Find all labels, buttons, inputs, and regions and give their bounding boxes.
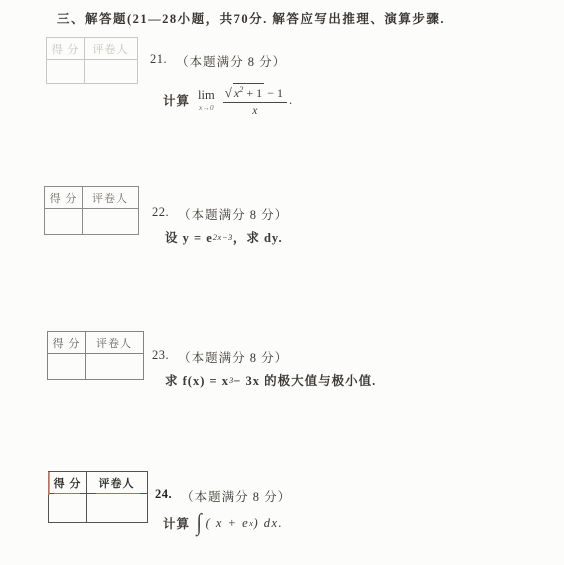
fraction: √ x2 + 1 − 1 x (223, 83, 287, 118)
numerator-tail: − 1 (267, 87, 283, 99)
score-panel-header: 得 分 评卷人 (48, 332, 143, 353)
grader-cell: 评卷人 (82, 187, 138, 208)
score-cell: 得 分 (47, 38, 84, 59)
formula-lead: 求 f(x) = x (165, 371, 229, 389)
score-panel-header: 得 分 评卷人 (49, 472, 147, 493)
integrand-open: ( x + e (206, 516, 250, 531)
question-24-header: 24. （本题满分 8 分） (155, 487, 291, 505)
question-22-formula: 设 y = e2x−3，求 dy. (165, 228, 283, 246)
grader-label: 评卷人 (92, 190, 128, 206)
score-panel-q24: 得 分 评卷人 (48, 471, 148, 523)
formula-verb: 计算 (163, 91, 190, 109)
limit-operator: lim x→0 (198, 89, 215, 111)
formula-period: . (289, 93, 292, 108)
score-panel-rule (47, 59, 137, 60)
fraction-denominator: x (252, 103, 257, 118)
score-panel-rule (45, 208, 138, 209)
exponent: 2x−3 (213, 232, 233, 242)
grader-cell: 评卷人 (86, 472, 147, 493)
score-cell: 得 分 (48, 332, 85, 353)
question-21-formula: 计算 lim x→0 √ x2 + 1 − 1 x . (163, 82, 292, 118)
score-panel-q22: 得 分 评卷人 (44, 186, 139, 235)
score-cell: 得 分 (49, 472, 86, 493)
score-panel-q23: 得 分 评卷人 (47, 331, 144, 380)
question-score-note: （本题满分 8 分） (181, 487, 291, 505)
score-panel-q21: 得 分 评卷人 (46, 37, 138, 84)
score-cell: 得 分 (45, 187, 82, 208)
score-panel-header: 得 分 评卷人 (45, 187, 138, 208)
formula-verb: 计算 (163, 514, 190, 532)
integral-sign-icon: ∫ (197, 510, 202, 537)
formula-tail: − 3x 的极大值与极小值. (233, 371, 376, 389)
question-21-header: 21. （本题满分 8 分） (150, 52, 286, 70)
red-pen-underline (96, 493, 140, 494)
red-pen-underline (54, 493, 80, 494)
score-label: 得 分 (50, 190, 78, 206)
question-number: 21. (150, 52, 167, 70)
question-22-header: 22. （本题满分 8 分） (152, 205, 288, 223)
fraction-numerator: √ x2 + 1 − 1 (223, 83, 287, 103)
grader-label: 评卷人 (96, 335, 132, 351)
score-label: 得 分 (54, 475, 82, 491)
question-number: 22. (152, 205, 169, 223)
grader-cell: 评卷人 (84, 38, 137, 59)
question-score-note: （本题满分 8 分） (178, 348, 288, 366)
score-panel-header: 得 分 评卷人 (47, 38, 137, 59)
score-label: 得 分 (53, 335, 81, 351)
question-24-formula: 计算 ∫ ( x + ex ) dx. (163, 508, 283, 538)
radical-sign-icon: √ (225, 86, 232, 99)
radicand: x2 + 1 (233, 83, 264, 99)
grader-label: 评卷人 (99, 475, 135, 491)
question-number: 23. (152, 348, 169, 366)
integrand-close: ) dx. (253, 516, 283, 531)
grader-cell: 评卷人 (85, 332, 143, 353)
formula-lead: 设 y = e (165, 228, 213, 246)
score-panel-rule (48, 353, 143, 354)
question-score-note: （本题满分 8 分） (176, 52, 286, 70)
question-23-header: 23. （本题满分 8 分） (152, 348, 288, 366)
radicand-rest: + 1 (243, 86, 262, 100)
formula-tail: ，求 dy. (233, 228, 283, 246)
section-title: 三、解答题(21—28小题，共70分. 解答应写出推理、演算步骤. (57, 9, 445, 27)
question-23-formula: 求 f(x) = x3 − 3x 的极大值与极小值. (165, 371, 376, 389)
exam-page: { "colors": { "ink": "#2e2c2a", "red": "… (0, 0, 564, 565)
limit-text: lim (198, 89, 215, 102)
question-score-note: （本题满分 8 分） (178, 205, 288, 223)
question-number: 24. (155, 487, 172, 505)
score-label: 得 分 (52, 41, 80, 57)
grader-label: 评卷人 (93, 41, 129, 57)
limit-bound: x→0 (199, 104, 214, 112)
